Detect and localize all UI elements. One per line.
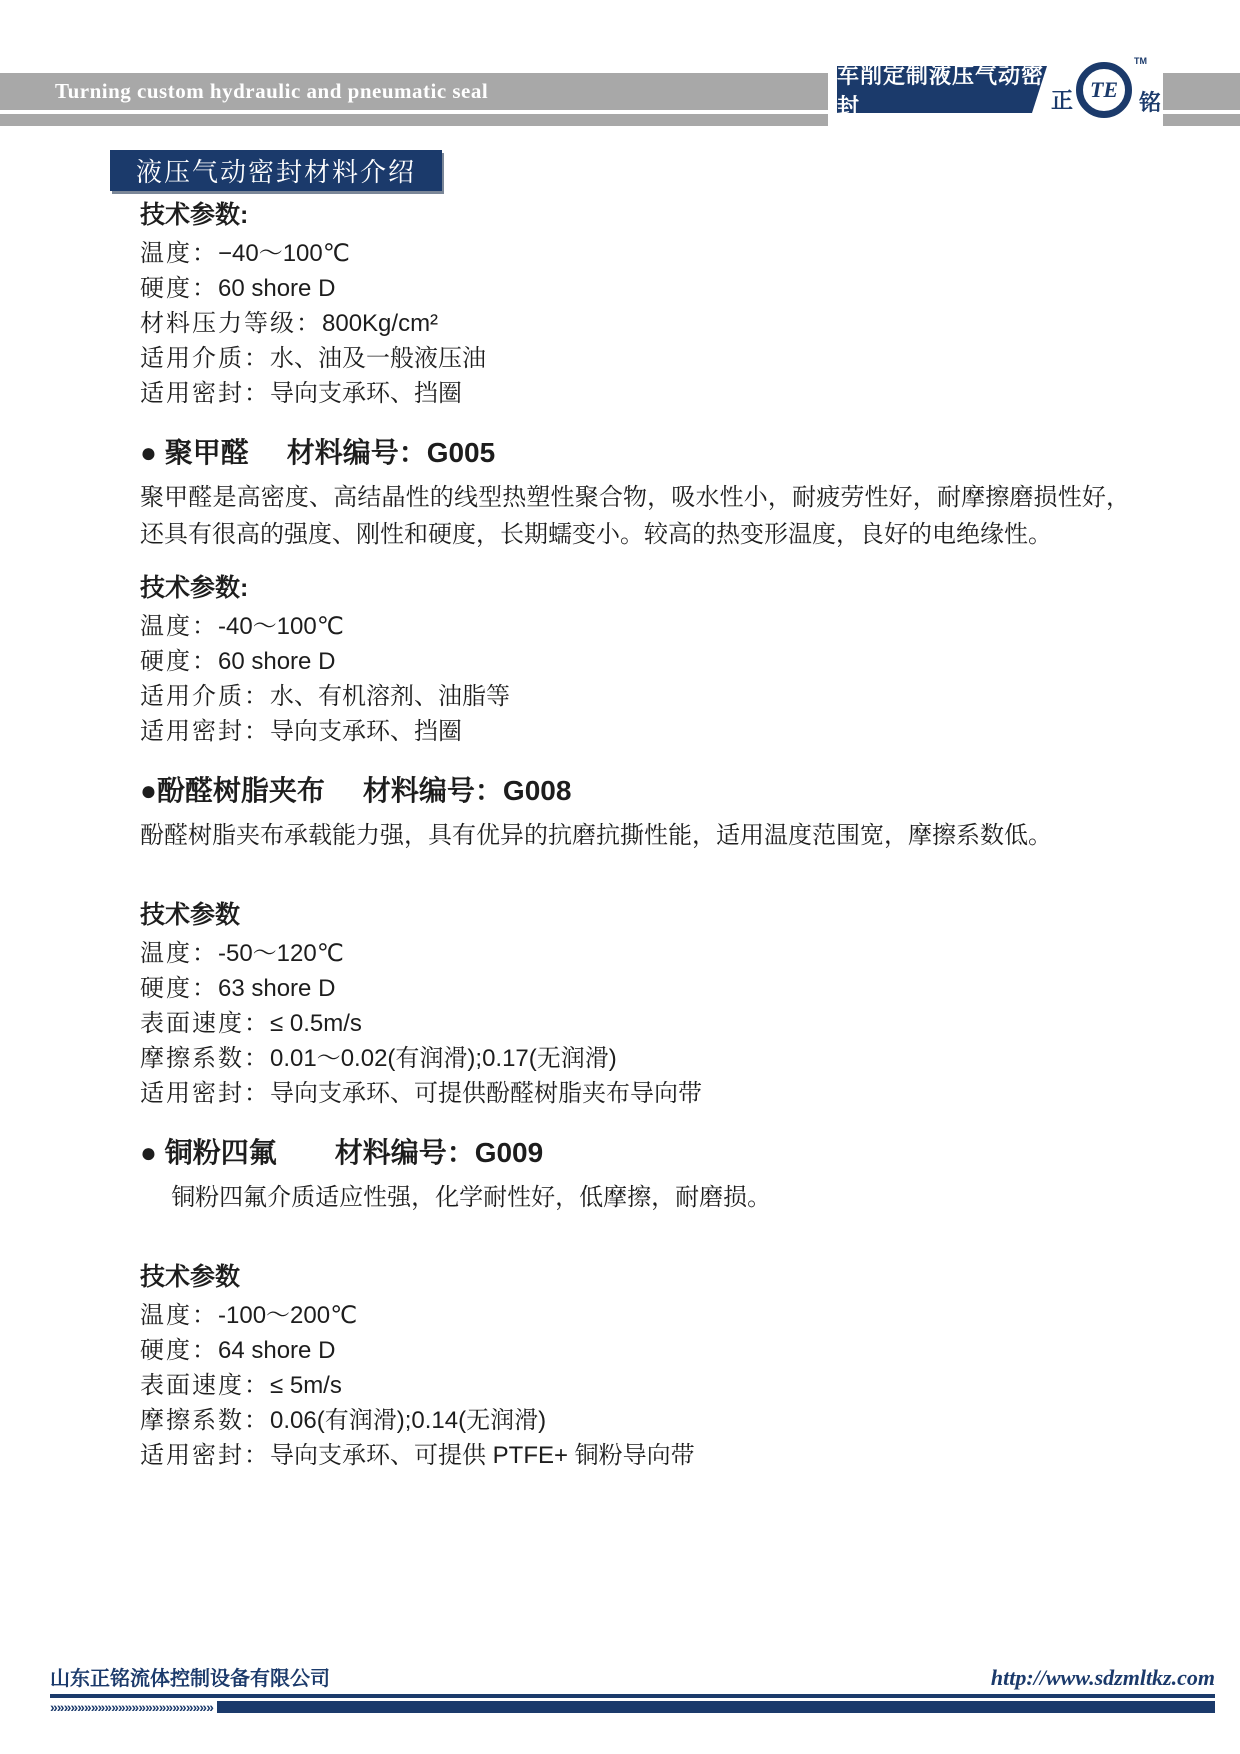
param-label: 表面速度： bbox=[140, 1372, 270, 1399]
param-value: 0.06(有润滑);0.14(无润滑) bbox=[270, 1407, 546, 1434]
param-value: ≤ 5m/s bbox=[270, 1372, 342, 1399]
material-name: ●酚醛树脂夹布 bbox=[140, 775, 325, 806]
chevron-pattern-icon: »»»»»»»»»»»»»»»»»»»»»»»» bbox=[50, 1701, 213, 1713]
param-value: 导向支承环、挡圈 bbox=[270, 380, 462, 407]
brand-logo: 正 TE 铭 TM bbox=[1047, 54, 1163, 130]
param-line: 适用介质：水、油及一般液压油 bbox=[140, 341, 1130, 376]
param-line: 硬度：64 shore D bbox=[140, 1333, 1130, 1368]
param-value: 水、有机溶剂、油脂等 bbox=[270, 683, 510, 710]
param-value: 60 shore D bbox=[218, 275, 335, 302]
param-line: 材料压力等级：800Kg/cm² bbox=[140, 306, 1130, 341]
param-label: 适用密封： bbox=[140, 718, 270, 745]
param-label: 适用密封： bbox=[140, 1442, 270, 1469]
material-name: ● 聚甲醛 bbox=[140, 437, 249, 468]
footer-navy-bar bbox=[217, 1701, 1215, 1713]
header-thin-bar-left bbox=[0, 114, 828, 126]
english-banner-text: Turning custom hydraulic and pneumatic s… bbox=[55, 79, 488, 104]
param-value: −40～100℃ bbox=[218, 240, 350, 267]
params-heading: 技术参数 bbox=[140, 1260, 1130, 1294]
material-params-section: 技术参数 温度：-100～200℃ 硬度：64 shore D 表面速度：≤ 5… bbox=[140, 1260, 1130, 1473]
material-params-section: 技术参数: 温度：-40～100℃ 硬度：60 shore D 适用介质：水、有… bbox=[140, 571, 1130, 749]
company-name: 山东正铭流体控制设备有限公司 bbox=[50, 1662, 330, 1691]
page-title-box: 液压气动密封材料介绍 bbox=[110, 150, 442, 191]
param-label: 适用密封： bbox=[140, 380, 270, 407]
param-label: 硬度： bbox=[140, 648, 218, 675]
param-label: 适用介质： bbox=[140, 683, 270, 710]
main-content: 技术参数: 温度：−40～100℃ 硬度：60 shore D 材料压力等级：8… bbox=[140, 198, 1130, 1473]
params-heading: 技术参数 bbox=[140, 898, 1130, 932]
param-line: 适用密封：导向支承环、挡圈 bbox=[140, 714, 1130, 749]
material-description: 铜粉四氟介质适应性强，化学耐性好，低摩擦，耐磨损。 bbox=[140, 1179, 1130, 1216]
params-heading: 技术参数: bbox=[140, 198, 1130, 232]
param-value: -100～200℃ bbox=[218, 1302, 357, 1329]
logo-monogram: TE bbox=[1090, 77, 1118, 103]
page-footer: 山东正铭流体控制设备有限公司 http://www.sdzmltkz.com »… bbox=[0, 1662, 1240, 1713]
param-value: 0.01～0.02(有润滑);0.17(无润滑) bbox=[270, 1045, 617, 1072]
material-description: 酚醛树脂夹布承载能力强，具有优异的抗磨抗撕性能，适用温度范围宽，摩擦系数低。 bbox=[140, 817, 1130, 854]
header-thin-bar-right bbox=[1163, 114, 1240, 126]
param-value: 水、油及一般液压油 bbox=[270, 345, 486, 372]
param-line: 温度：-100～200℃ bbox=[140, 1298, 1130, 1333]
param-label: 温度： bbox=[140, 613, 218, 640]
param-line: 温度：-50～120℃ bbox=[140, 936, 1130, 971]
param-value: 63 shore D bbox=[218, 975, 335, 1002]
logo-left-character: 正 bbox=[1051, 84, 1073, 115]
chinese-banner-text: 车削定制液压气动密封 bbox=[837, 59, 1047, 121]
material-description: 聚甲醛是高密度、高结晶性的线型热塑性聚合物，吸水性小，耐疲劳性好，耐摩擦磨损性好… bbox=[140, 479, 1130, 553]
param-label: 摩擦系数： bbox=[140, 1045, 270, 1072]
footer-text-row: 山东正铭流体控制设备有限公司 http://www.sdzmltkz.com bbox=[50, 1662, 1215, 1691]
param-line: 硬度：63 shore D bbox=[140, 971, 1130, 1006]
param-line: 适用密封：导向支承环、可提供 PTFE+ 铜粉导向带 bbox=[140, 1438, 1130, 1473]
param-label: 温度： bbox=[140, 240, 218, 267]
param-label: 温度： bbox=[140, 940, 218, 967]
param-value: 800Kg/cm² bbox=[322, 310, 438, 337]
logo-right-character: 铭 bbox=[1139, 86, 1161, 117]
website-url-link[interactable]: http://www.sdzmltkz.com bbox=[991, 1665, 1215, 1691]
material-heading: ● 聚甲醛材料编号：G005 bbox=[140, 435, 1130, 471]
param-value: -40～100℃ bbox=[218, 613, 344, 640]
footer-bar-row: »»»»»»»»»»»»»»»»»»»»»»»» bbox=[50, 1701, 1215, 1713]
material-heading: ● 铜粉四氟材料编号：G009 bbox=[140, 1135, 1130, 1171]
material-section-g005: ● 聚甲醛材料编号：G005 聚甲醛是高密度、高结晶性的线型热塑性聚合物，吸水性… bbox=[140, 435, 1130, 749]
material-section-g008: ●酚醛树脂夹布材料编号：G008 酚醛树脂夹布承载能力强，具有优异的抗磨抗撕性能… bbox=[140, 773, 1130, 1111]
header-gray-bar-right bbox=[1163, 73, 1240, 110]
param-line: 表面速度：≤ 0.5m/s bbox=[140, 1006, 1130, 1041]
param-value: 64 shore D bbox=[218, 1337, 335, 1364]
param-label: 温度： bbox=[140, 1302, 218, 1329]
material-params-section: 技术参数 温度：-50～120℃ 硬度：63 shore D 表面速度：≤ 0.… bbox=[140, 898, 1130, 1111]
material-name: ● 铜粉四氟 bbox=[140, 1137, 277, 1168]
param-value: 导向支承环、挡圈 bbox=[270, 718, 462, 745]
material-code: 材料编号：G009 bbox=[335, 1137, 544, 1168]
material-section-g009: ● 铜粉四氟材料编号：G009 铜粉四氟介质适应性强，化学耐性好，低摩擦，耐磨损… bbox=[140, 1135, 1130, 1473]
param-line: 摩擦系数：0.06(有润滑);0.14(无润滑) bbox=[140, 1403, 1130, 1438]
param-label: 材料压力等级： bbox=[140, 310, 322, 337]
param-line: 适用介质：水、有机溶剂、油脂等 bbox=[140, 679, 1130, 714]
param-line: 硬度：60 shore D bbox=[140, 644, 1130, 679]
material-code: 材料编号：G008 bbox=[363, 775, 572, 806]
material-heading: ●酚醛树脂夹布材料编号：G008 bbox=[140, 773, 1130, 809]
header-gray-bar: Turning custom hydraulic and pneumatic s… bbox=[0, 73, 828, 110]
page-title: 液压气动密封材料介绍 bbox=[136, 152, 416, 189]
param-label: 适用密封： bbox=[140, 1080, 270, 1107]
param-line: 摩擦系数：0.01～0.02(有润滑);0.17(无润滑) bbox=[140, 1041, 1130, 1076]
param-line: 适用密封：导向支承环、可提供酚醛树脂夹布导向带 bbox=[140, 1076, 1130, 1111]
param-value: ≤ 0.5m/s bbox=[270, 1010, 362, 1037]
param-label: 适用介质： bbox=[140, 345, 270, 372]
chinese-banner-box: 车削定制液压气动密封 bbox=[837, 66, 1047, 113]
param-line: 表面速度：≤ 5m/s bbox=[140, 1368, 1130, 1403]
param-label: 摩擦系数： bbox=[140, 1407, 270, 1434]
params-heading: 技术参数: bbox=[140, 571, 1130, 605]
logo-circle-icon: TE bbox=[1076, 62, 1132, 118]
param-value: 导向支承环、可提供 PTFE+ 铜粉导向带 bbox=[270, 1442, 695, 1469]
param-label: 硬度： bbox=[140, 275, 218, 302]
catalog-page: Turning custom hydraulic and pneumatic s… bbox=[0, 0, 1240, 1754]
footer-rule bbox=[50, 1694, 1215, 1698]
param-line: 温度：−40～100℃ bbox=[140, 236, 1130, 271]
param-label: 硬度： bbox=[140, 1337, 218, 1364]
param-label: 硬度： bbox=[140, 975, 218, 1002]
trademark-symbol: TM bbox=[1134, 56, 1147, 66]
param-label: 表面速度： bbox=[140, 1010, 270, 1037]
param-value: -50～120℃ bbox=[218, 940, 344, 967]
material-code: 材料编号：G005 bbox=[287, 437, 496, 468]
param-value: 导向支承环、可提供酚醛树脂夹布导向带 bbox=[270, 1080, 702, 1107]
param-value: 60 shore D bbox=[218, 648, 335, 675]
param-line: 温度：-40～100℃ bbox=[140, 609, 1130, 644]
param-line: 适用密封：导向支承环、挡圈 bbox=[140, 376, 1130, 411]
param-line: 硬度：60 shore D bbox=[140, 271, 1130, 306]
intro-params-section: 技术参数: 温度：−40～100℃ 硬度：60 shore D 材料压力等级：8… bbox=[140, 198, 1130, 411]
